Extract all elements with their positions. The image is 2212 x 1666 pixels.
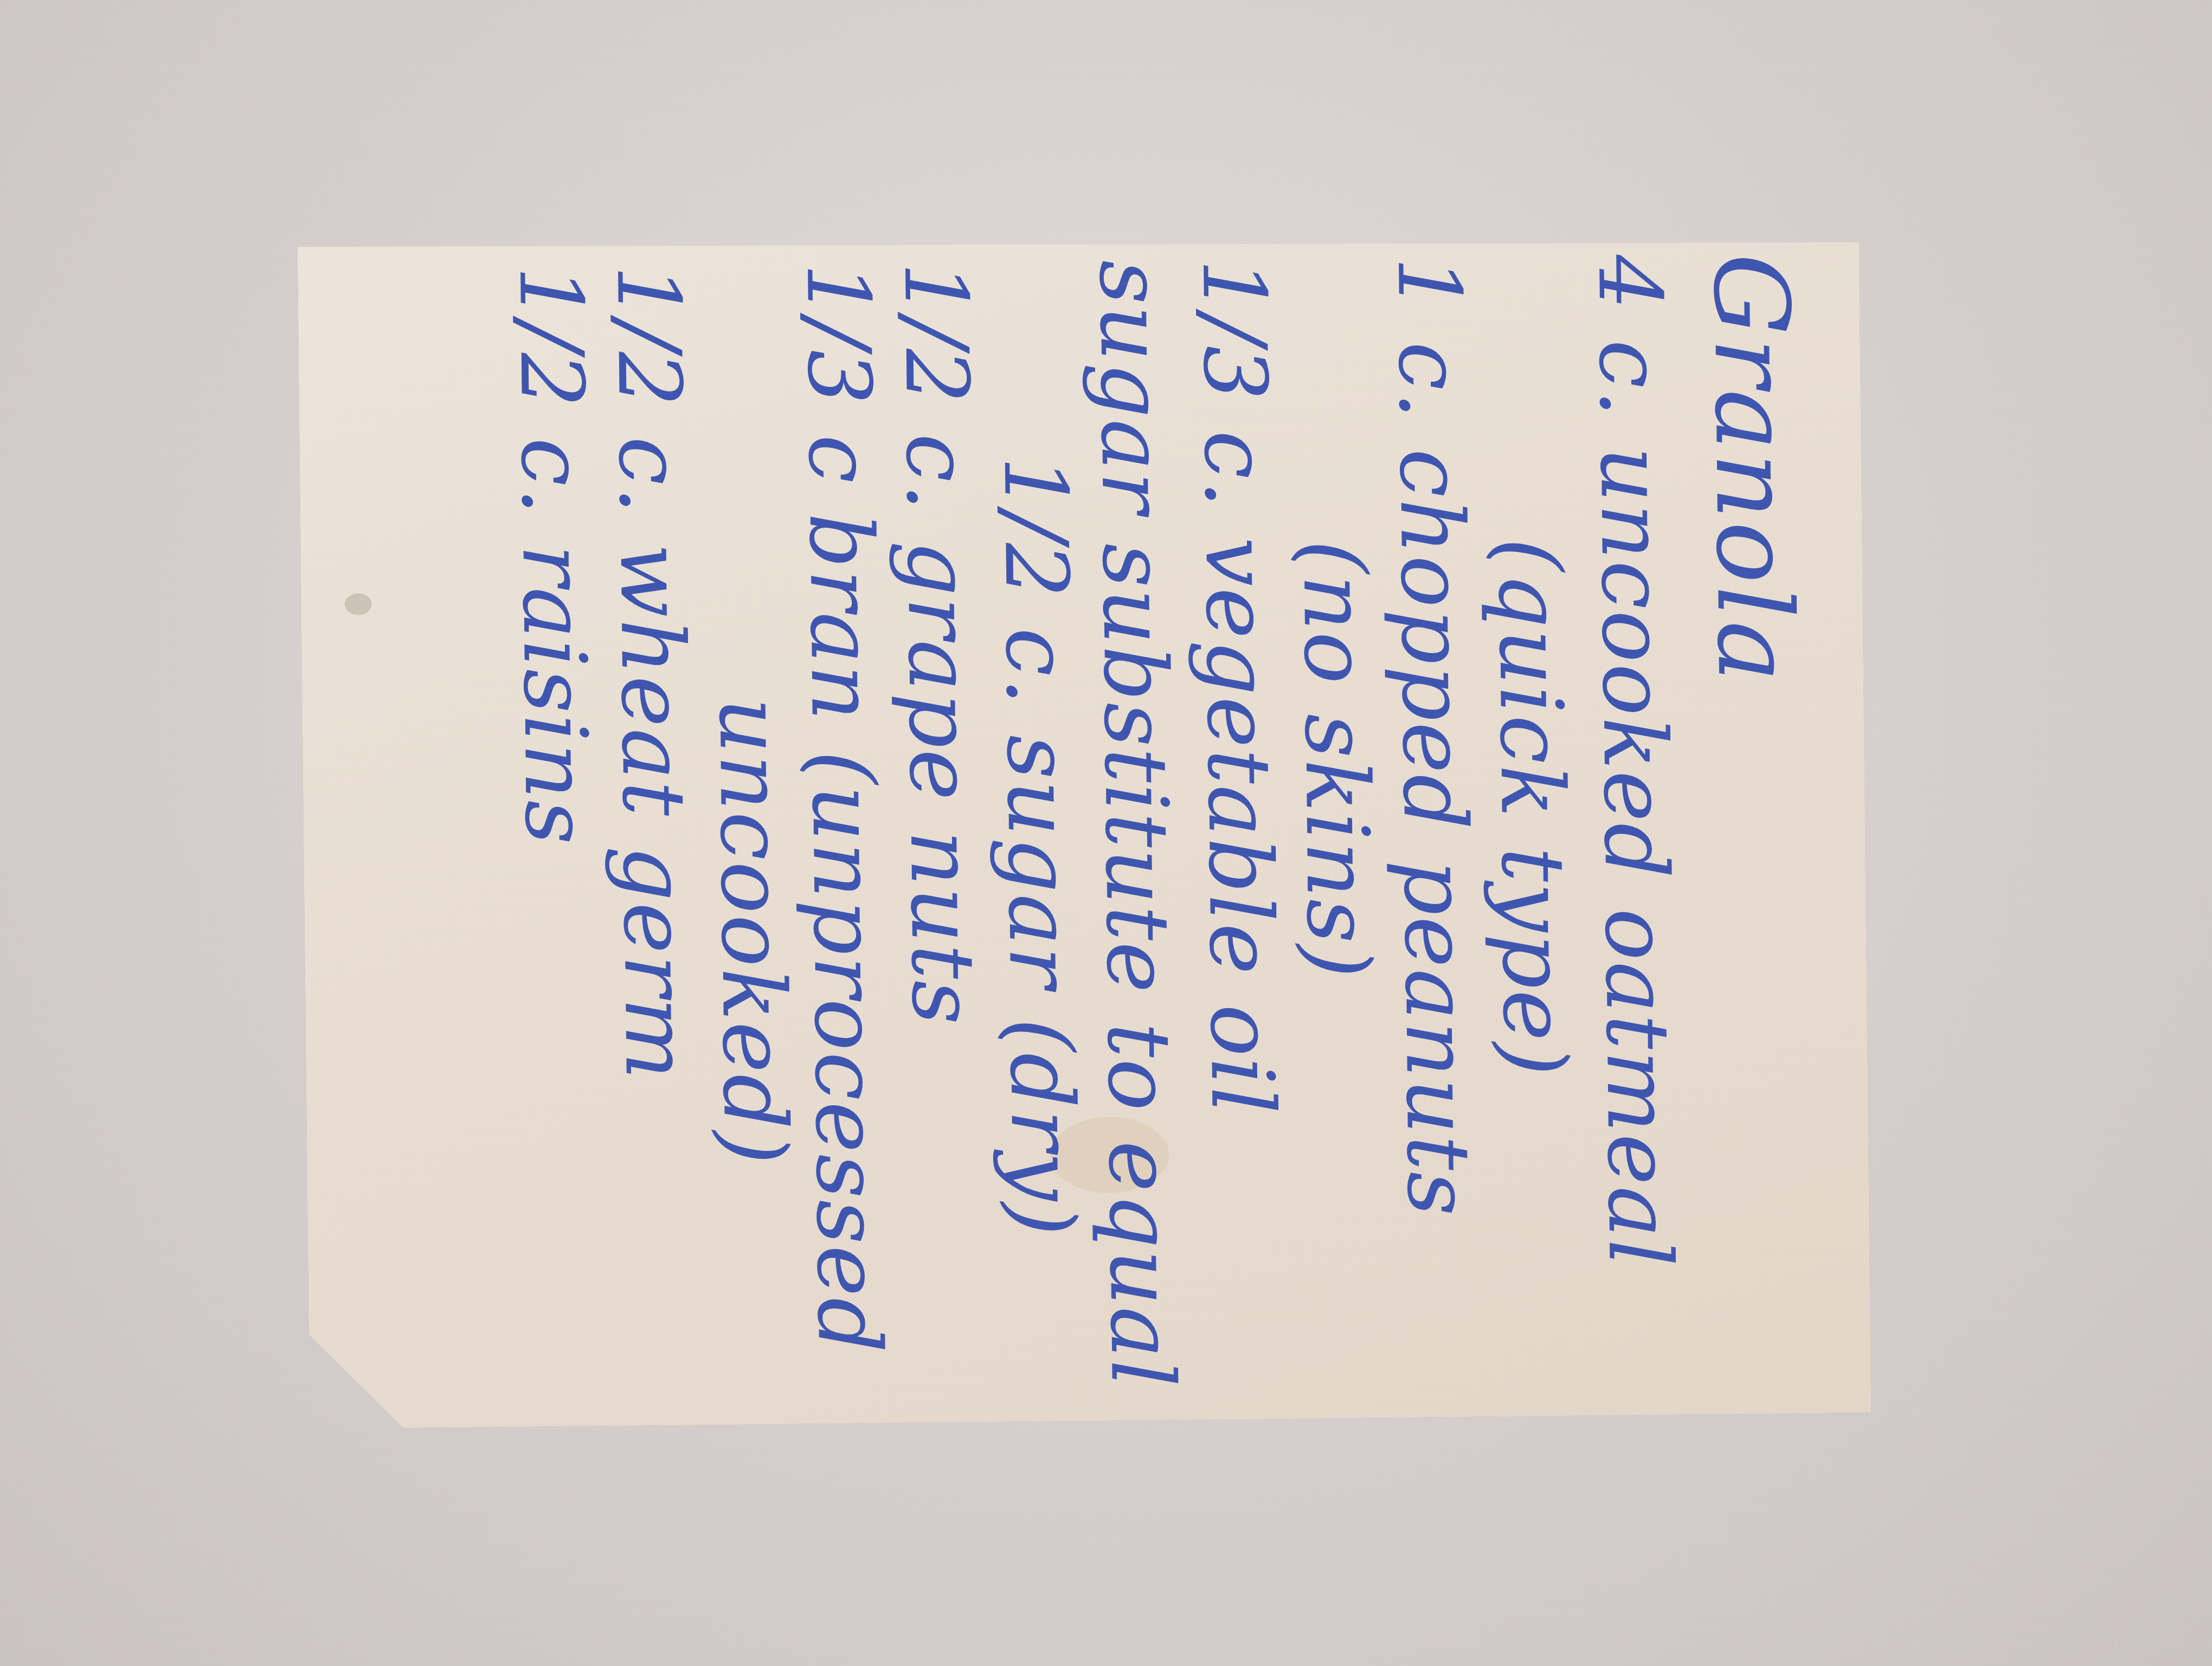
recipe-card: Granola 4 c. uncooked oatmeal (quick typ…	[298, 230, 1872, 1429]
ingredient-line: 1/3 c. vegetable oil	[1183, 258, 1294, 1116]
ingredient-note: (quick type)	[1476, 255, 1586, 1078]
ingredient-line: 1 c. chopped peanuts	[1378, 256, 1490, 1218]
ingredient-note: (no skins)	[1281, 257, 1390, 979]
ingredient-line: sugar substitute to equal	[1080, 259, 1193, 1389]
ingredient-line: 1/2 c. sugar (dry)	[982, 260, 1094, 1238]
recipe-title: Granola	[1690, 253, 1815, 685]
ingredient-line: 4 c. uncooked oatmeal	[1579, 254, 1691, 1268]
ingredient-line: 1/3 c bran (unprocessed	[787, 262, 900, 1355]
ingredient-line: 1/2 c. raisins	[500, 265, 607, 846]
ingredient-line: 1/2 c. grape nuts	[885, 261, 994, 1026]
handwritten-recipe: Granola 4 c. uncooked oatmeal (quick typ…	[298, 230, 1872, 1429]
ingredient-line: 1/2 c. wheat germ	[597, 264, 708, 1081]
ingredient-note: uncooked)	[695, 264, 806, 1167]
